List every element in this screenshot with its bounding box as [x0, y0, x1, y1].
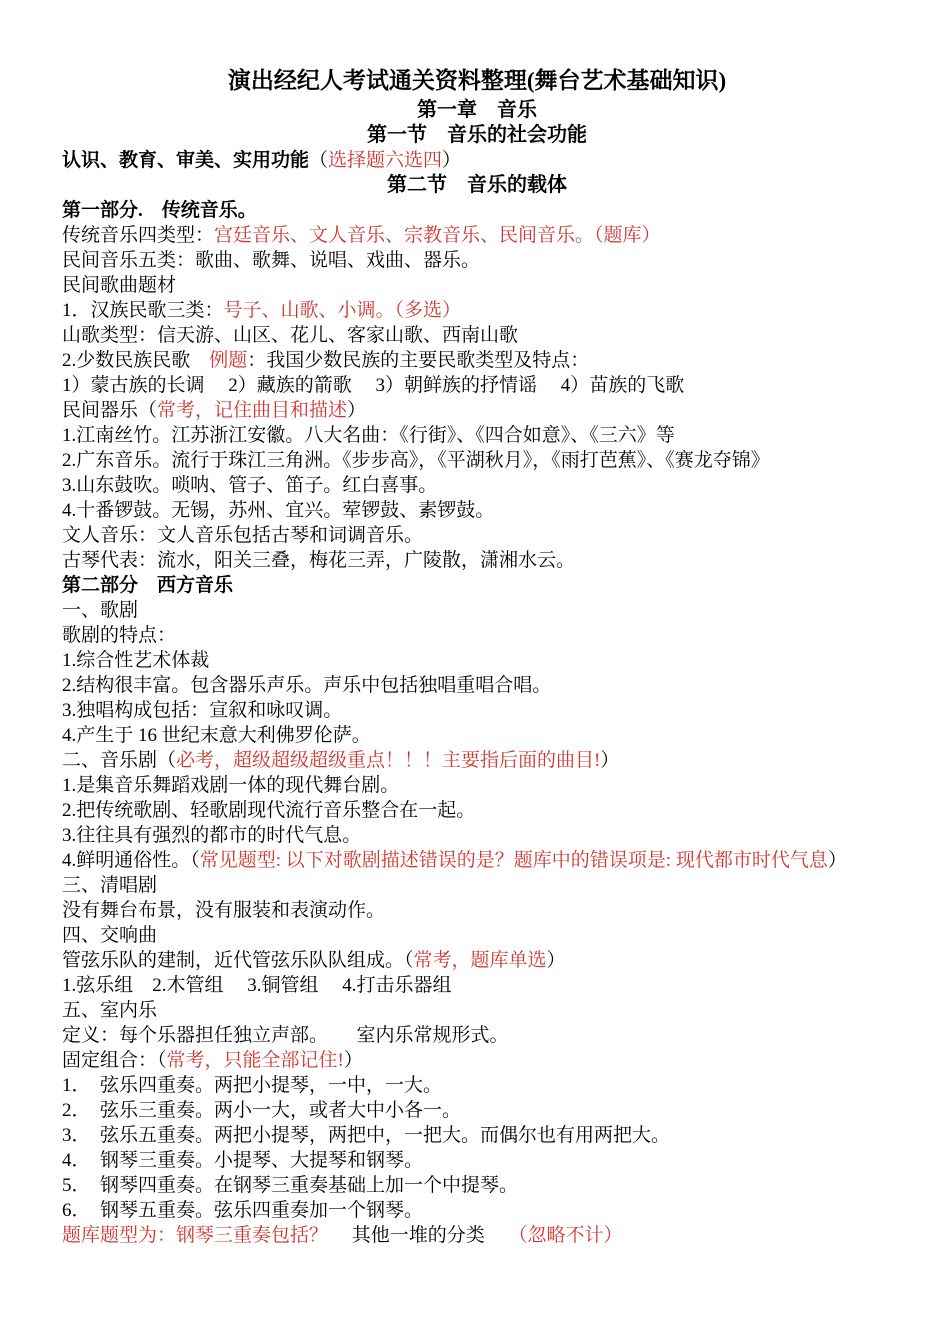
text-segment: 认识、教育、审美、实用功能: [62, 150, 309, 171]
text-segment: 1．汉族民歌三类：: [62, 300, 224, 321]
text-segment: 民间音乐五类：歌曲、歌舞、说唱、戏曲、器乐。: [62, 250, 480, 271]
text-segment: 3.独唱构成包括：宣叙和咏叹调。: [62, 700, 342, 721]
text-segment: 第二部分 西方音乐: [62, 575, 233, 596]
text-segment: 山歌类型：信天游、山区、花儿、客家山歌、西南山歌: [62, 325, 518, 346]
text-segment: 其他一堆的分类: [328, 1225, 509, 1246]
text-segment: ）: [547, 950, 566, 971]
text-segment: ）: [600, 750, 619, 771]
text-segment: 1.江南丝竹。江苏浙江安徽。八大名曲：《行街》、《四合如意》、《三六》等: [62, 425, 675, 446]
text-line: 2． 弦乐三重奏。两小一大，或者大中小各一。: [62, 1098, 892, 1123]
text-line: 传统音乐四类型：宫廷音乐、文人音乐、宗教音乐、民间音乐。（题库）: [62, 223, 892, 248]
text-segment: 4.产生于 16 世纪末意大利佛罗伦萨。: [62, 725, 371, 746]
text-segment: ）: [347, 400, 366, 421]
text-line: 1.弦乐组 2.木管组 3.铜管组 4.打击乐器组: [62, 973, 892, 998]
text-line: 二、音乐剧（必考，超级超级超级重点！！！主要指后面的曲目!）: [62, 748, 892, 773]
text-line: 4.产生于 16 世纪末意大利佛罗伦萨。: [62, 723, 892, 748]
text-segment: 1.弦乐组 2.木管组 3.铜管组 4.打击乐器组: [62, 975, 452, 996]
text-segment: 5． 钢琴四重奏。在钢琴三重奏基础上加一个中提琴。: [62, 1175, 518, 1196]
section-heading: 第一节 音乐的社会功能: [62, 123, 892, 148]
text-segment: 3.往往具有强烈的都市的时代气息。: [62, 825, 361, 846]
text-line: 五、室内乐: [62, 998, 892, 1023]
doc-title: 演出经纪人考试通关资料整理(舞台艺术基础知识): [62, 64, 892, 98]
text-segment: 第一节 音乐的社会功能: [367, 124, 587, 146]
text-line: 认识、教育、审美、实用功能（选择题六选四）: [62, 148, 892, 173]
text-segment: 4． 钢琴三重奏。小提琴、大提琴和钢琴。: [62, 1150, 423, 1171]
text-line: 民间器乐（常考，记住曲目和描述）: [62, 398, 892, 423]
part-heading: 第二部分 西方音乐: [62, 573, 892, 598]
text-segment: 6． 钢琴五重奏。弦乐四重奏加一个钢琴。: [62, 1200, 423, 1221]
text-line: 四、交响曲: [62, 923, 892, 948]
highlight-red-segment: 常考，只能全部记住!: [167, 1050, 344, 1071]
highlight-red-segment: （忽略不计）: [509, 1225, 623, 1246]
text-segment: 管弦乐队的建制，近代管弦乐队队组成。（: [62, 950, 414, 971]
highlight-red-segment: 常考，记住曲目和描述: [157, 400, 347, 421]
text-segment: 二、音乐剧（: [62, 750, 176, 771]
text-segment: 第一部分. 传统音乐。: [62, 200, 257, 221]
text-line: 一、歌剧: [62, 598, 892, 623]
text-segment: 民间歌曲题材: [62, 275, 176, 296]
text-line: 1.综合性艺术体裁: [62, 648, 892, 673]
text-line: 管弦乐队的建制，近代管弦乐队队组成。（常考，题库单选）: [62, 948, 892, 973]
text-line: 2.把传统歌剧、轻歌剧现代流行音乐整合在一起。: [62, 798, 892, 823]
highlight-red-segment: 常考，题库单选: [414, 950, 547, 971]
text-line: 2.广东音乐。流行于珠江三角洲。《步步高》，《平湖秋月》，《雨打芭蕉》、《赛龙夺…: [62, 448, 892, 473]
text-segment: 第一章 音乐: [417, 99, 537, 121]
text-segment: 古琴代表：流水，阳关三叠，梅花三弄，广陵散，潇湘水云。: [62, 550, 575, 571]
text-line: 歌剧的特点：: [62, 623, 892, 648]
text-segment: 没有舞台布景，没有服装和表演动作。: [62, 900, 385, 921]
text-line: 固定组合：（常考，只能全部记住!）: [62, 1048, 892, 1073]
text-segment: 固定组合：（: [62, 1050, 167, 1071]
text-segment: 4.鲜明通俗性。（: [62, 850, 200, 871]
text-segment: ）: [442, 150, 461, 171]
text-line: 1．汉族民歌三类：号子、山歌、小调。（多选）: [62, 298, 892, 323]
text-segment: 1.是集音乐舞蹈戏剧一体的现代舞台剧。: [62, 775, 399, 796]
text-line: 5． 钢琴四重奏。在钢琴三重奏基础上加一个中提琴。: [62, 1173, 892, 1198]
text-segment: 1.综合性艺术体裁: [62, 650, 209, 671]
text-line: 文人音乐：文人音乐包括古琴和词调音乐。: [62, 523, 892, 548]
text-segment: 五、室内乐: [62, 1000, 157, 1021]
highlight-red-segment: 题库题型为：钢琴三重奏包括？: [62, 1225, 328, 1246]
text-segment: ）: [344, 1050, 363, 1071]
text-segment: 一、歌剧: [62, 600, 138, 621]
highlight-red-segment: 宫廷音乐、文人音乐、宗教音乐、民间音乐。（题库）: [214, 225, 661, 246]
text-line: 民间音乐五类：歌曲、歌舞、说唱、戏曲、器乐。: [62, 248, 892, 273]
text-line: 4.十番锣鼓。无锡，苏州、宜兴。荤锣鼓、素锣鼓。: [62, 498, 892, 523]
text-line: 2.少数民族民歌 例题：我国少数民族的主要民歌类型及特点：: [62, 348, 892, 373]
text-segment: 民间器乐（: [62, 400, 157, 421]
text-segment: 定义：每个乐器担任独立声部。 室内乐常规形式。: [62, 1025, 509, 1046]
text-segment: 演出经纪人考试通关资料整理(舞台艺术基础知识): [228, 68, 726, 93]
text-line: 山歌类型：信天游、山区、花儿、客家山歌、西南山歌: [62, 323, 892, 348]
text-line: 1.是集音乐舞蹈戏剧一体的现代舞台剧。: [62, 773, 892, 798]
highlight-red-segment: 号子、山歌、小调。（多选）: [224, 300, 462, 321]
text-segment: 1）蒙古族的长调 2）藏族的箭歌 3）朝鲜族的抒情谣 4）苗族的飞歌: [62, 375, 684, 396]
text-line: 3.独唱构成包括：宣叙和咏叹调。: [62, 698, 892, 723]
text-segment: 四、交响曲: [62, 925, 157, 946]
text-segment: 三、清唱剧: [62, 875, 157, 896]
text-segment: 3． 弦乐五重奏。两把小提琴，两把中，一把大。而偶尔也有用两把大。: [62, 1125, 670, 1146]
text-segment: （: [309, 150, 328, 171]
text-segment: 2.广东音乐。流行于珠江三角洲。《步步高》，《平湖秋月》，《雨打芭蕉》、《赛龙夺…: [62, 450, 770, 471]
highlight-red-segment: 常见题型: 以下对歌剧描述错误的是？题库中的错误项是: 现代都市时代气息: [200, 850, 828, 871]
document-page: 演出经纪人考试通关资料整理(舞台艺术基础知识)第一章 音乐第一节 音乐的社会功能…: [0, 0, 950, 1344]
text-line: 3.山东鼓吹。唢呐、管子、笛子。红白喜事。: [62, 473, 892, 498]
text-line: 4． 钢琴三重奏。小提琴、大提琴和钢琴。: [62, 1148, 892, 1173]
text-segment: 3.山东鼓吹。唢呐、管子、笛子。红白喜事。: [62, 475, 437, 496]
text-segment: 1． 弦乐四重奏。两把小提琴，一中，一大。: [62, 1075, 442, 1096]
text-segment: 2.把传统歌剧、轻歌剧现代流行音乐整合在一起。: [62, 800, 475, 821]
text-line: 1． 弦乐四重奏。两把小提琴，一中，一大。: [62, 1073, 892, 1098]
section-heading: 第二节 音乐的载体: [62, 173, 892, 198]
text-segment: 第二节 音乐的载体: [387, 174, 567, 196]
chapter-heading: 第一章 音乐: [62, 98, 892, 123]
text-segment: 2.少数民族民歌: [62, 350, 209, 371]
text-segment: 文人音乐：文人音乐包括古琴和词调音乐。: [62, 525, 423, 546]
text-line: 三、清唱剧: [62, 873, 892, 898]
text-line: 没有舞台布景，没有服装和表演动作。: [62, 898, 892, 923]
text-segment: ：我国少数民族的主要民歌类型及特点：: [247, 350, 589, 371]
text-segment: 2． 弦乐三重奏。两小一大，或者大中小各一。: [62, 1100, 461, 1121]
text-line: 题库题型为：钢琴三重奏包括？ 其他一堆的分类 （忽略不计）: [62, 1223, 892, 1248]
text-segment: 2.结构很丰富。包含器乐声乐。声乐中包括独唱重唱合唱。: [62, 675, 551, 696]
text-segment: 4.十番锣鼓。无锡，苏州、宜兴。荤锣鼓、素锣鼓。: [62, 500, 494, 521]
text-line: 2.结构很丰富。包含器乐声乐。声乐中包括独唱重唱合唱。: [62, 673, 892, 698]
highlight-red-segment: 选择题六选四: [328, 150, 442, 171]
text-line: 古琴代表：流水，阳关三叠，梅花三弄，广陵散，潇湘水云。: [62, 548, 892, 573]
text-line: 4.鲜明通俗性。（常见题型: 以下对歌剧描述错误的是？题库中的错误项是: 现代都…: [62, 848, 892, 873]
part-heading: 第一部分. 传统音乐。: [62, 198, 892, 223]
text-line: 定义：每个乐器担任独立声部。 室内乐常规形式。: [62, 1023, 892, 1048]
text-line: 6． 钢琴五重奏。弦乐四重奏加一个钢琴。: [62, 1198, 892, 1223]
text-line: 1.江南丝竹。江苏浙江安徽。八大名曲：《行街》、《四合如意》、《三六》等: [62, 423, 892, 448]
text-segment: 歌剧的特点：: [62, 625, 176, 646]
text-segment: 传统音乐四类型：: [62, 225, 214, 246]
highlight-red-segment: 例题: [209, 350, 247, 371]
text-line: 3． 弦乐五重奏。两把小提琴，两把中，一把大。而偶尔也有用两把大。: [62, 1123, 892, 1148]
text-line: 民间歌曲题材: [62, 273, 892, 298]
text-line: 3.往往具有强烈的都市的时代气息。: [62, 823, 892, 848]
text-line: 1）蒙古族的长调 2）藏族的箭歌 3）朝鲜族的抒情谣 4）苗族的飞歌: [62, 373, 892, 398]
text-segment: ）: [828, 850, 847, 871]
highlight-red-segment: 必考，超级超级超级重点！！！主要指后面的曲目!: [176, 750, 600, 771]
